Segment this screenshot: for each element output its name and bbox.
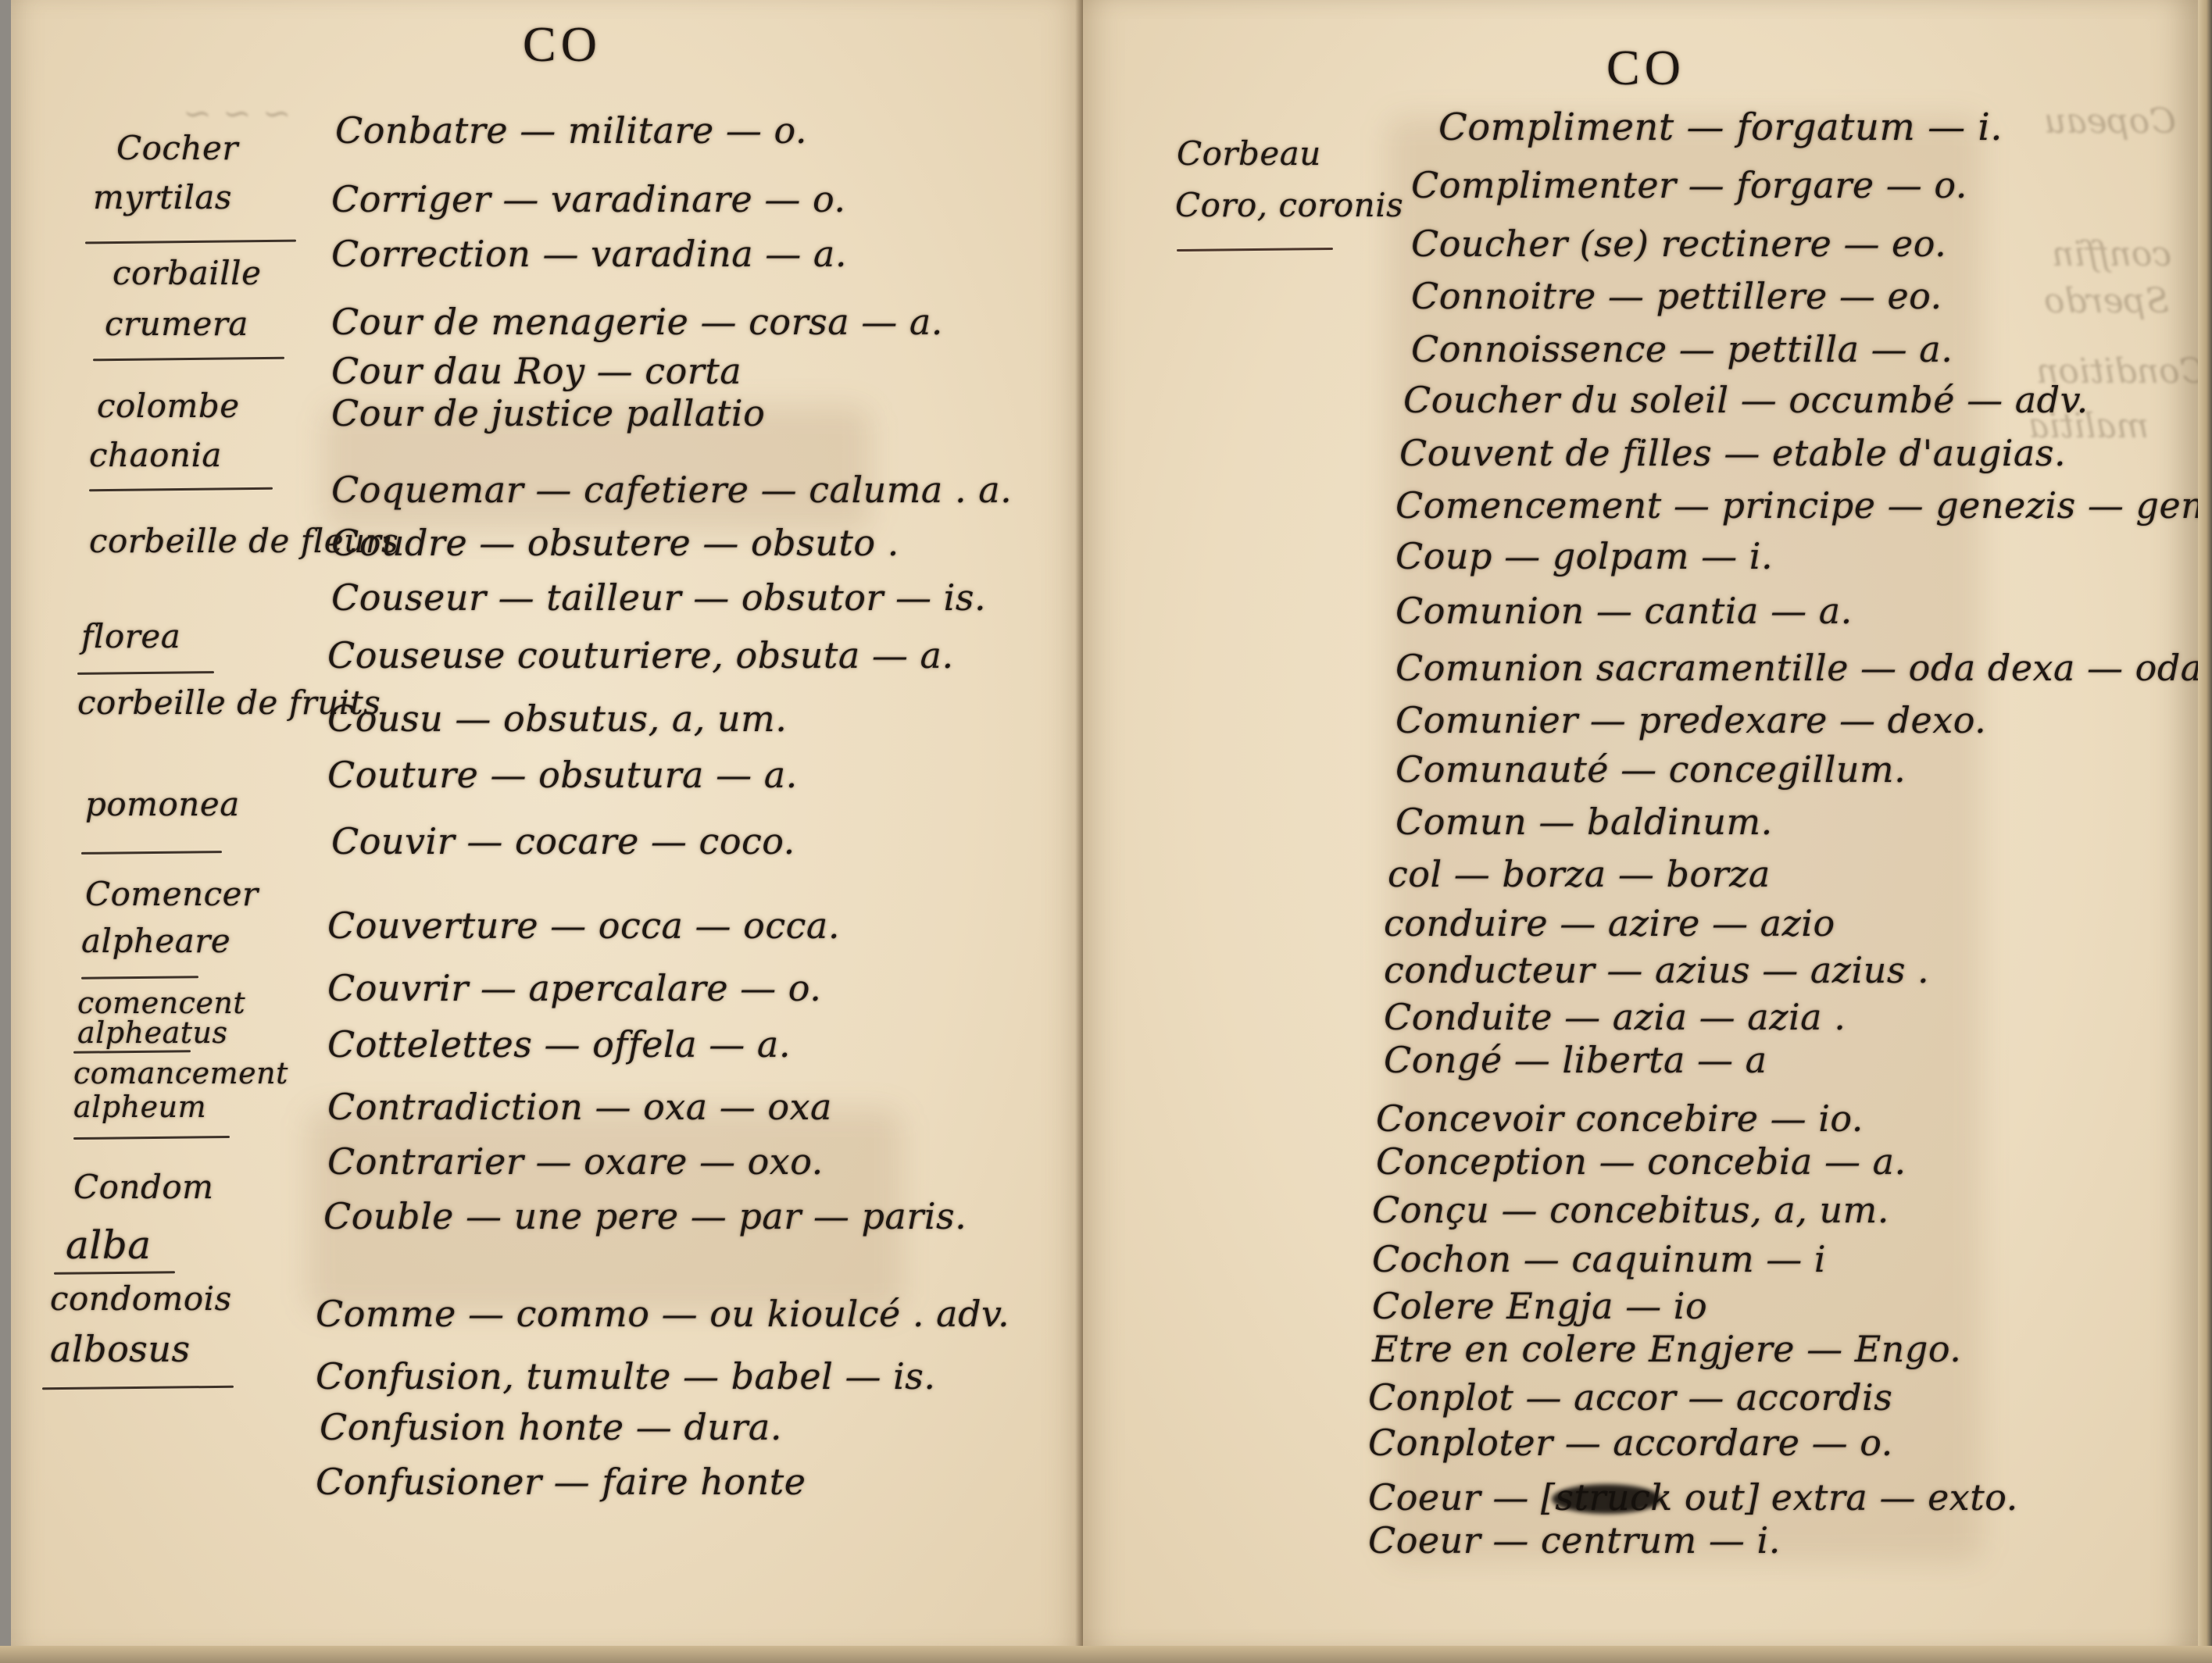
- glossary-entry: Couture — obsutura — a.: [327, 754, 798, 796]
- glossary-entry: Coeur — centrum — i.: [1368, 1519, 1781, 1561]
- margin-french: Condom: [73, 1168, 213, 1206]
- margin-french: Corbeau: [1177, 134, 1321, 173]
- margin-divider: [54, 1271, 175, 1275]
- margin-divider: [81, 976, 198, 980]
- glossary-entry: Cottelettes — offela — a.: [327, 1023, 791, 1065]
- glossary-entry: Cochon — caquinum — i: [1372, 1238, 1826, 1280]
- glossary-entry: Comunauté — concegillum.: [1395, 748, 1906, 790]
- glossary-entry: Conduite — azia — azia .: [1384, 996, 1846, 1038]
- margin-french: condomois: [50, 1279, 232, 1318]
- glossary-entry: Comencement — principe — genezis — genez…: [1395, 484, 2200, 526]
- margin-latin: alpheum: [73, 1090, 206, 1124]
- glossary-entry: Concevoir concebire — io.: [1376, 1097, 1864, 1140]
- glossary-entry: Etre en colere Engjere — Engo.: [1372, 1328, 1961, 1370]
- glossary-entry: Coup — golpam — i.: [1395, 535, 1773, 577]
- open-manuscript: ~ ~ ~ CO Cocher myrtilas corbaille crume…: [0, 0, 2212, 1663]
- glossary-entry: Connoissence — pettilla — a.: [1411, 328, 1953, 370]
- right-page: Copeau conffin Sperdo Condition malitia …: [1083, 0, 2200, 1648]
- glossary-entry: Comunion sacramentille — oda dexa — oda …: [1395, 647, 2200, 689]
- glossary-entry: Confusion honte — dura.: [320, 1406, 782, 1448]
- margin-latin: albosus: [50, 1328, 191, 1370]
- margin-latin: myrtilas: [93, 178, 232, 216]
- show-through-text: conffin: [2052, 234, 2171, 274]
- glossary-entry: Cour de menagerie — corsa — a.: [331, 301, 943, 343]
- glossary-entry: Couseuse couturiere, obsuta — a.: [327, 634, 954, 676]
- glossary-entry: Comun — baldinum.: [1395, 801, 1773, 843]
- glossary-entry: conduire — azire — azio: [1384, 902, 1835, 944]
- show-through-text: Copeau: [2044, 102, 2176, 141]
- glossary-entry: Confusion, tumulte — babel — is.: [316, 1355, 936, 1397]
- margin-french: colombe: [97, 387, 240, 425]
- glossary-entry: Comme — commo — ou kioulcé . adv.: [316, 1293, 1010, 1335]
- glossary-entry: Comunier — predexare — dexo.: [1395, 699, 1986, 741]
- glossary-entry: Congé — liberta — a: [1384, 1039, 1767, 1081]
- margin-latin: alba: [66, 1222, 152, 1268]
- show-through-text: ~ ~ ~: [183, 94, 291, 134]
- margin-french: Cocher: [116, 129, 238, 167]
- glossary-entry: Comunion — cantia — a.: [1395, 590, 1853, 632]
- glossary-entry: Conploter — accordare — o.: [1368, 1422, 1893, 1464]
- glossary-entry: conducteur — azius — azius .: [1384, 949, 1929, 991]
- margin-divider: [89, 487, 273, 491]
- margin-divider: [85, 240, 296, 244]
- margin-latin: alpheare: [81, 922, 230, 960]
- glossary-entry: Cour de justice pallatio: [331, 392, 765, 434]
- glossary-entry: Coucher du soleil — occumbé — adv.: [1403, 379, 2089, 421]
- margin-french: Comencer: [85, 875, 259, 913]
- glossary-entry: Cousu — obsutus, a, um.: [327, 698, 787, 740]
- show-through-text: Sperdo: [2044, 281, 2169, 321]
- glossary-entry: Corriger — varadinare — o.: [331, 178, 845, 220]
- glossary-entry: Complimenter — forgare — o.: [1411, 164, 1967, 206]
- glossary-entry: Conbatre — militare — o.: [335, 109, 807, 152]
- glossary-entry: Colere Engja — io: [1372, 1285, 1707, 1327]
- glossary-entry: Coeur — [struck out] extra — exto.: [1368, 1476, 2018, 1518]
- glossary-entry: Couble — une pere — par — paris.: [323, 1195, 967, 1237]
- glossary-entry: Contradiction — oxa — oxa: [327, 1086, 832, 1128]
- glossary-entry: Conplot — accor — accordis: [1368, 1376, 1892, 1419]
- glossary-entry: Couvrir — apercalare — o.: [327, 967, 821, 1009]
- glossary-entry: Connoitre — pettillere — eo.: [1411, 275, 1942, 317]
- glossary-entry: Couverture — occa — occa.: [327, 905, 840, 947]
- margin-divider: [77, 671, 214, 675]
- book-page-edges-bottom: [0, 1646, 2212, 1663]
- margin-latin: florea: [81, 617, 180, 655]
- margin-divider: [1177, 248, 1333, 252]
- glossary-entry: Coquemar — cafetiere — caluma . a.: [331, 469, 1012, 511]
- glossary-entry: Coucher (se) rectinere — eo.: [1411, 223, 1946, 265]
- left-page: ~ ~ ~ CO Cocher myrtilas corbaille crume…: [11, 0, 1084, 1648]
- margin-latin: Coro, coronis: [1175, 186, 1403, 224]
- margin-latin: pomonea: [85, 785, 240, 823]
- glossary-entry: Coudre — obsutere — obsuto .: [331, 522, 899, 564]
- page-header: CO: [523, 16, 602, 73]
- margin-latin: alpheatus: [77, 1015, 228, 1050]
- glossary-entry: Contrarier — oxare — oxo.: [327, 1140, 824, 1183]
- glossary-entry: Couvir — cocare — coco.: [331, 820, 795, 862]
- glossary-entry: Cour dau Roy — corta: [331, 350, 742, 392]
- glossary-entry: Couseur — tailleur — obsutor — is.: [331, 576, 986, 619]
- glossary-entry: col — borza — borza: [1388, 853, 1771, 895]
- glossary-entry: Conçu — concebitus, a, um.: [1372, 1189, 1889, 1231]
- margin-divider: [81, 851, 222, 855]
- ink-strikethrough-blot: [1552, 1484, 1661, 1514]
- margin-divider: [73, 1050, 191, 1054]
- glossary-entry: Conception — concebia — a.: [1376, 1140, 1906, 1183]
- margin-french: corbaille: [113, 254, 261, 292]
- margin-divider: [73, 1136, 230, 1140]
- book-page-edges-right: [2198, 0, 2212, 1663]
- glossary-entry: Correction — varadina — a.: [331, 233, 847, 275]
- glossary-entry: Compliment — forgatum — i.: [1438, 105, 2003, 149]
- margin-latin: crumera: [105, 305, 248, 343]
- page-header: CO: [1606, 39, 1685, 97]
- margin-divider: [42, 1386, 234, 1390]
- margin-french: comancement: [73, 1056, 288, 1090]
- margin-divider: [93, 357, 284, 362]
- glossary-entry: Confusioner — faire honte: [316, 1461, 806, 1503]
- margin-latin: chaonia: [89, 436, 222, 474]
- glossary-entry: Couvent de filles — etable d'augias.: [1399, 432, 2066, 474]
